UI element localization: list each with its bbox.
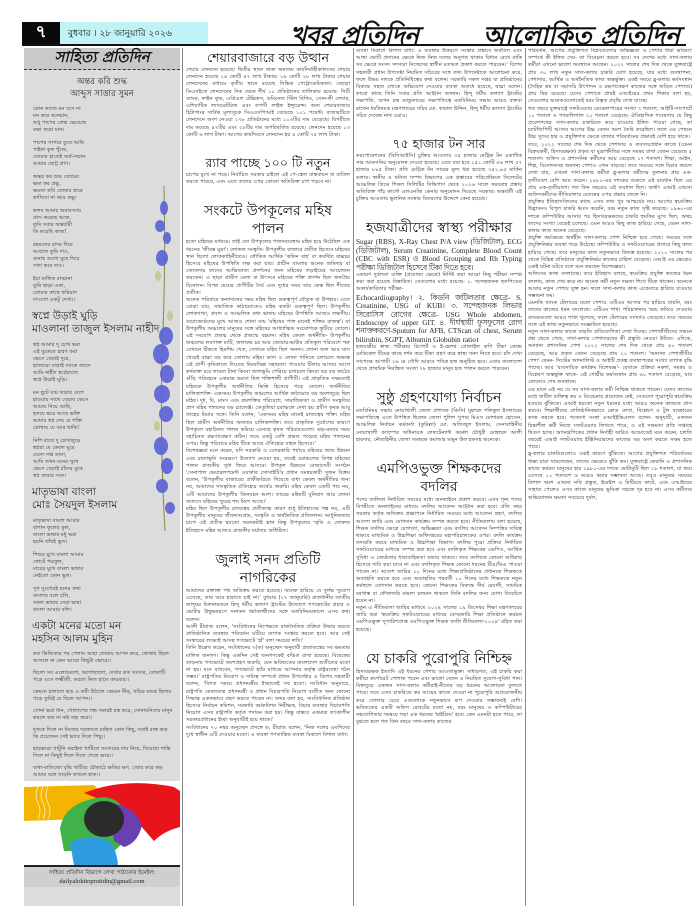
- poem-stanza: কোন কাজে মন বসে না মন করে আনচান, শুধু পা…: [33, 106, 180, 134]
- poem-couplet: দুখকে দিলে না নিজের দরজাতে চাহিদা কোন কি…: [33, 727, 174, 741]
- article-body-continued: পরিবর্তন, আগের প্রযুক্তিগত বিপ্লবগুলোর অ…: [528, 48, 692, 106]
- article-headline-jobs: যে চাকরি পুরোপুরি নিশ্চিহ্ন: [356, 650, 522, 668]
- poem-author: আব্দুস সাত্তার সুমন: [24, 88, 180, 100]
- poem-couplet: কেমনে চালালে ঝড় এ তরী উঠালে কেমনে নীড়,…: [33, 689, 174, 703]
- column-divider: [525, 48, 526, 906]
- article-headline-election: সুষ্ঠু গ্রহণযোগ্য নির্বাচন: [356, 389, 522, 407]
- column-divider: [353, 48, 354, 906]
- article-body-continued: প্রযুক্তি কর্মক্ষেত্রে অর্থহীন সাদা-কলার…: [528, 235, 692, 271]
- article-body-continued: নতুন সাদা-কলার কাজে বাড়তি প্রতিযোগিতা দ…: [528, 329, 692, 387]
- article-body: একারণ দুর্বলতা ব্যক্তি (প্রযোজ্য ক্ষেত্র…: [356, 272, 522, 294]
- article-body: চাপের মুখে না পড়ে। নির্বাচিত সরকার চাইল…: [186, 172, 350, 186]
- article-body: তিনি উল্লেখ করেন, সংবিধানের ৭(ক) অনুচ্ছে…: [186, 645, 350, 724]
- article-body: মতবিনিময় সভায় নোয়াখালী জেলা প্রশাসক (…: [356, 408, 522, 444]
- poem-stanza: শিশুর মুখে বাংলা আমার ফোটে পদ্মফুল, মায়…: [33, 552, 180, 580]
- article-body-continued: ব্লু-কলার চাকরিগুলোও একই কারণে ঝুঁকিতে। …: [528, 451, 692, 501]
- news-column-4: পরিবর্তন, আগের প্রযুক্তিগত বিপ্লবগুলোর অ…: [528, 48, 692, 906]
- poem-stanza: সুখ দুঃখেরই মনের কথা বাংলায় বলে চলি, সক…: [33, 586, 180, 614]
- news-column-2: শেয়ারবাজারে বড় উত্থান শেয়ার লেনদেন হয…: [186, 48, 350, 906]
- literature-art-illustration: [24, 781, 180, 865]
- article-headline-hajj: হজযাত্রীদের স্বাস্থ্য পরীক্ষার: [356, 219, 522, 237]
- article-body-continued: এমনকি ব্যাংক টেলারের মতো পেশাও এটিএম আসা…: [528, 300, 692, 329]
- column-divider: [182, 48, 183, 906]
- poem-couplet: ব্যথা-বাতিজো বৃদ্ধি খাটিয়ে চৌকাঠে ক্ষতি…: [33, 765, 174, 779]
- poem-title: একটা মনের মতো মন: [32, 620, 180, 633]
- article-body: পদের তালিকা নির্ধারিত সময়ের মধ্যে অনলাই…: [356, 497, 522, 605]
- news-column-3: ব্যবস্থা বিকাশে বিশাল বাধা। এ ব্যবস্থার …: [356, 48, 522, 906]
- article-body: অনেক পরিবারে কন্যাদানের সময় মহিষ ছিল গু…: [186, 297, 350, 448]
- article-body-latin: Echocardiography। ২. কিডনি জটিলতার ক্ষেত…: [356, 294, 522, 344]
- poem-couplet: হাড়ভাঙা খাটুনি করাইনা খাটিলে সংসারের দা…: [33, 746, 174, 760]
- poem-title: অন্তর করি শুদ্ধ: [24, 76, 180, 88]
- article-headline-fertilizer: ৭৫ হাজার টন সার: [356, 136, 522, 152]
- article-headline-rab: র‍্যাব পাচ্ছে ১০০ টি নতুন: [186, 155, 350, 171]
- article-body-continued: এর মানে এই নয় যে সব সাদা-কলার কর্মী নিশ…: [528, 387, 692, 452]
- article-headline-july-charter: জুলাই সনদ প্রতিটি নাগরিকের: [186, 551, 350, 587]
- literature-section-title: সাহিত্য প্রতিদিন: [24, 48, 180, 70]
- submission-caption: সাহিত্য প্রতিদিন বিভাগে লেখা পাঠানোর ইমে…: [24, 869, 180, 878]
- article-body: শেয়ার লেনদেন হয়েছে। দ্বিতীয় স্থানে থা…: [186, 67, 350, 139]
- article-body-continued: তবে, ২০২২ সালের শেষ দিক থেকে পেশাদার ও ব…: [528, 142, 692, 200]
- article-body-latin: Sugar (RBS), X-Ray Chest P/A view (ডিজিট…: [356, 238, 522, 272]
- poem-couplet: কত ভিজিকার পর পেলাম আহা তোমায় আপন করে, …: [33, 651, 174, 665]
- poem-couplet: ছিলো সব এলোমেলো, অগোছালো, দেখার কত সংসার…: [33, 670, 174, 684]
- issue-date: বুধবার । ২৮ জানুয়ারি ২০২৬: [60, 22, 208, 44]
- article-body: আলী রীয়াজ বলেন, 'সংবিধানের নিপেক্ষতে রা…: [186, 624, 350, 646]
- article-body: মহিষ ছিল উপকূলীয় রাজত্বের প্রতীকাত্ম কা…: [186, 506, 350, 535]
- article-body: সংবিধানের ৭০ নম্বর অনুচ্ছেদ প্রসঙ্গে ড. …: [186, 725, 350, 739]
- page-number: ৭: [22, 22, 60, 44]
- article-body: হতো মহিষের মাধ্যমে। তাই তো উপকূলের পালনব…: [186, 239, 350, 297]
- article-body-continued: ব্যবস্থা বিকাশে বিশাল বাধা। এ ব্যবস্থার …: [356, 48, 522, 120]
- article-body: হজযাত্রীর স্বাস্থ্য পরীক্ষার রিপোর্ট ও ই…: [356, 344, 522, 373]
- poem-author: মহসিন আলম মুহিন: [32, 633, 180, 646]
- article-headline-buffalo: সংকটে উপকূলের মহিষ পালন: [186, 202, 350, 238]
- article-body-continued: অফিসের কাজ বদলাচ্ছে। তবে ইতিহাস বলছে, স্…: [528, 271, 692, 300]
- poem-couplet: সোনা ভরা ধান, গোলাপের গন্ধ সবারই মন্ত্র …: [33, 708, 174, 722]
- literature-section: সাহিত্য প্রতিদিন অন্তর করি শুদ্ধ আব্দুস …: [24, 48, 180, 906]
- article-body: আমাদের রক্তাক্ত পথ অতিক্রম করতে হয়েছে। …: [186, 588, 350, 624]
- masthead: ৭ বুধবার । ২৮ জানুয়ারি ২০২৬ খবর প্রতিদি…: [22, 22, 686, 44]
- poem-stanza: পাপের সাগরে ডুবে আছি পাইনা কূল খুঁজে, তো…: [33, 140, 180, 168]
- article-body-continued: গত বছরে যুক্তরাষ্ট্রে সফটওয়্যার ডেভেলপা…: [528, 106, 692, 142]
- flower-illustration-icon: [152, 186, 176, 531]
- submission-info: সাহিত্য প্রতিদিন বিভাগে লেখা পাঠানোর ইমে…: [24, 865, 180, 887]
- article-headline-share-market: শেয়ারবাজারে বড় উত্থান: [186, 50, 350, 66]
- article-body-continued: প্রযুক্তির ইতিহাসবিদদের কাছে এসব তথ্য খু…: [528, 199, 692, 235]
- article-body: করপোরেশনের (বিসিআইসি) চুক্তির আওতায় ৩৫ …: [356, 153, 522, 203]
- article-body: বিশেষজ্ঞরা মনে করেন, যদি সরকারি ও বেসরকা…: [186, 448, 350, 506]
- article-headline-teachers: এমপিওভুক্ত শিক্ষকদের বদলির: [356, 460, 522, 496]
- submission-email[interactable]: dailyalokitoprotidin@gmail.com: [24, 878, 180, 887]
- article-body: হিসাবরক্ষক ইত্যাদি এই ধরনের পেশার আওতাভু…: [356, 669, 522, 727]
- article-body: নতুন এ নীতিমালা জারির মাধ্যমে ২০২৪ সালের…: [356, 605, 522, 634]
